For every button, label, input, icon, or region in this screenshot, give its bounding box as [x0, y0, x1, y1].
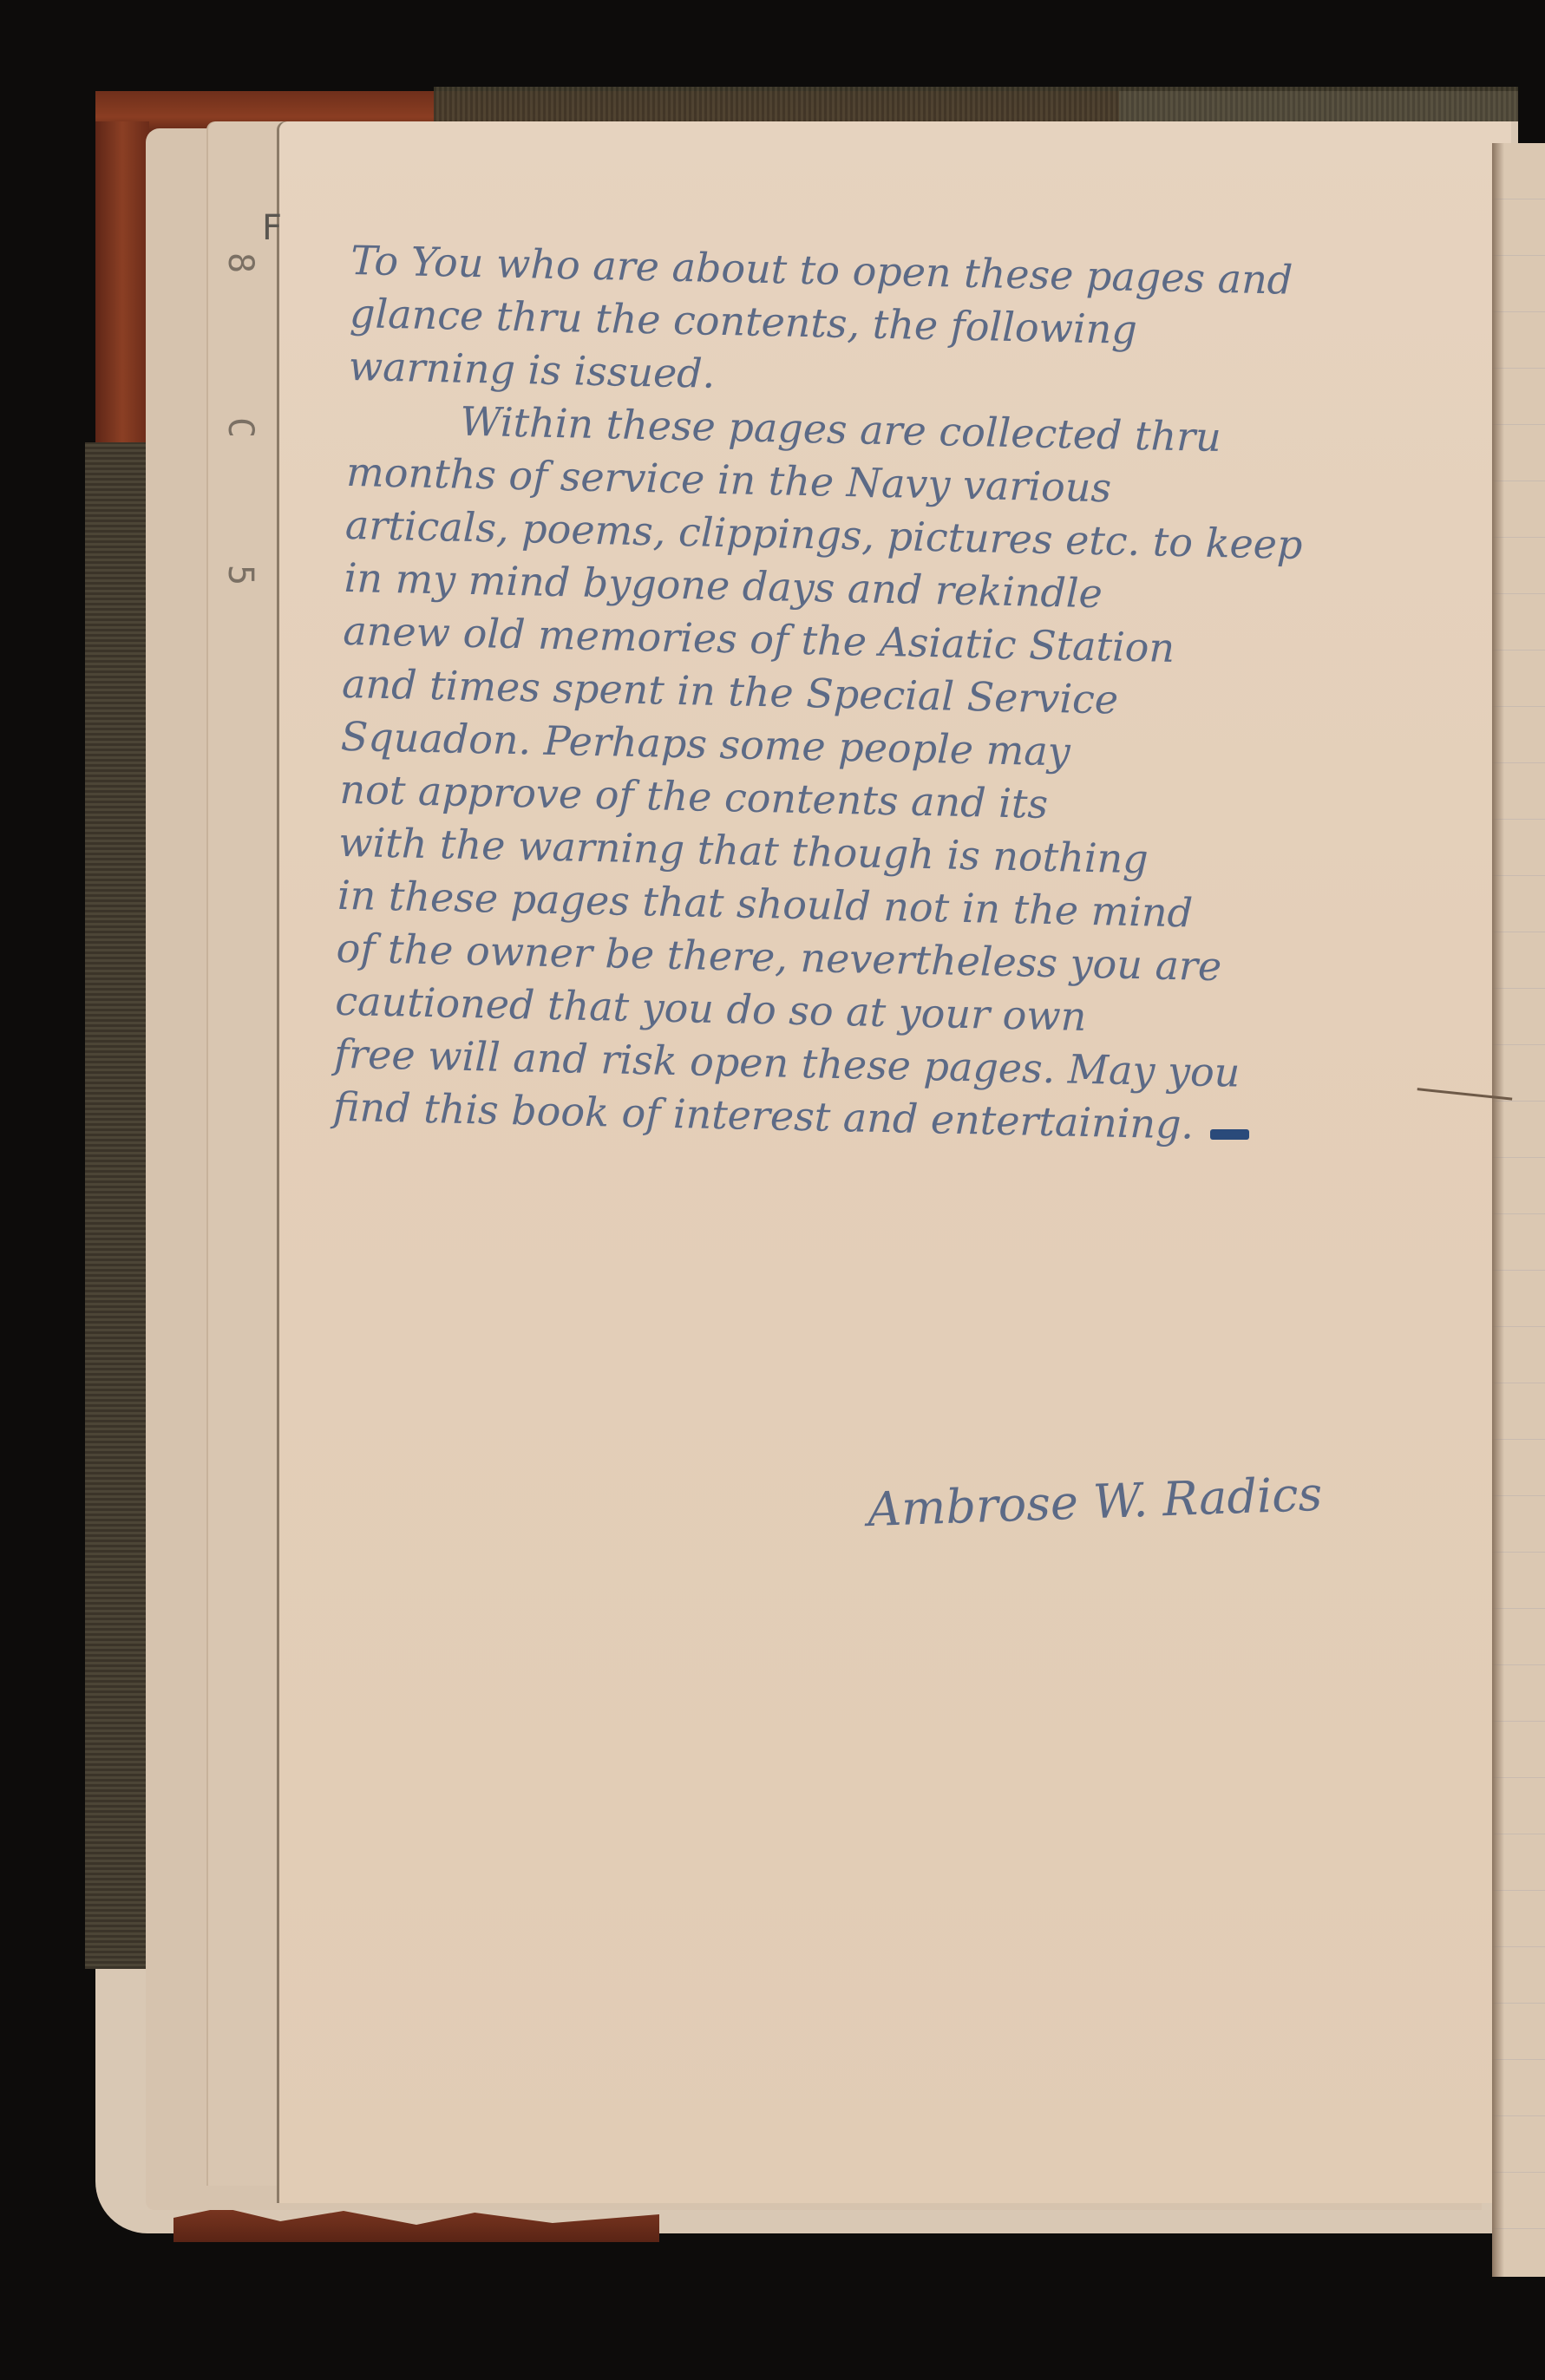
cloth-spine [85, 442, 153, 1969]
handwritten-letter: To You who are about to open these pages… [332, 234, 1444, 1156]
page-shadow [1492, 143, 1504, 2277]
cloth-binding-top [434, 87, 1518, 121]
leather-binding-corner [95, 121, 149, 451]
ink-correction-mark [1210, 1129, 1249, 1140]
margin-mark-2: C [220, 417, 260, 438]
margin-mark-3: 5 [220, 565, 260, 585]
margin-mark-1: 8 [220, 252, 260, 273]
margin-letter: F [262, 208, 282, 248]
